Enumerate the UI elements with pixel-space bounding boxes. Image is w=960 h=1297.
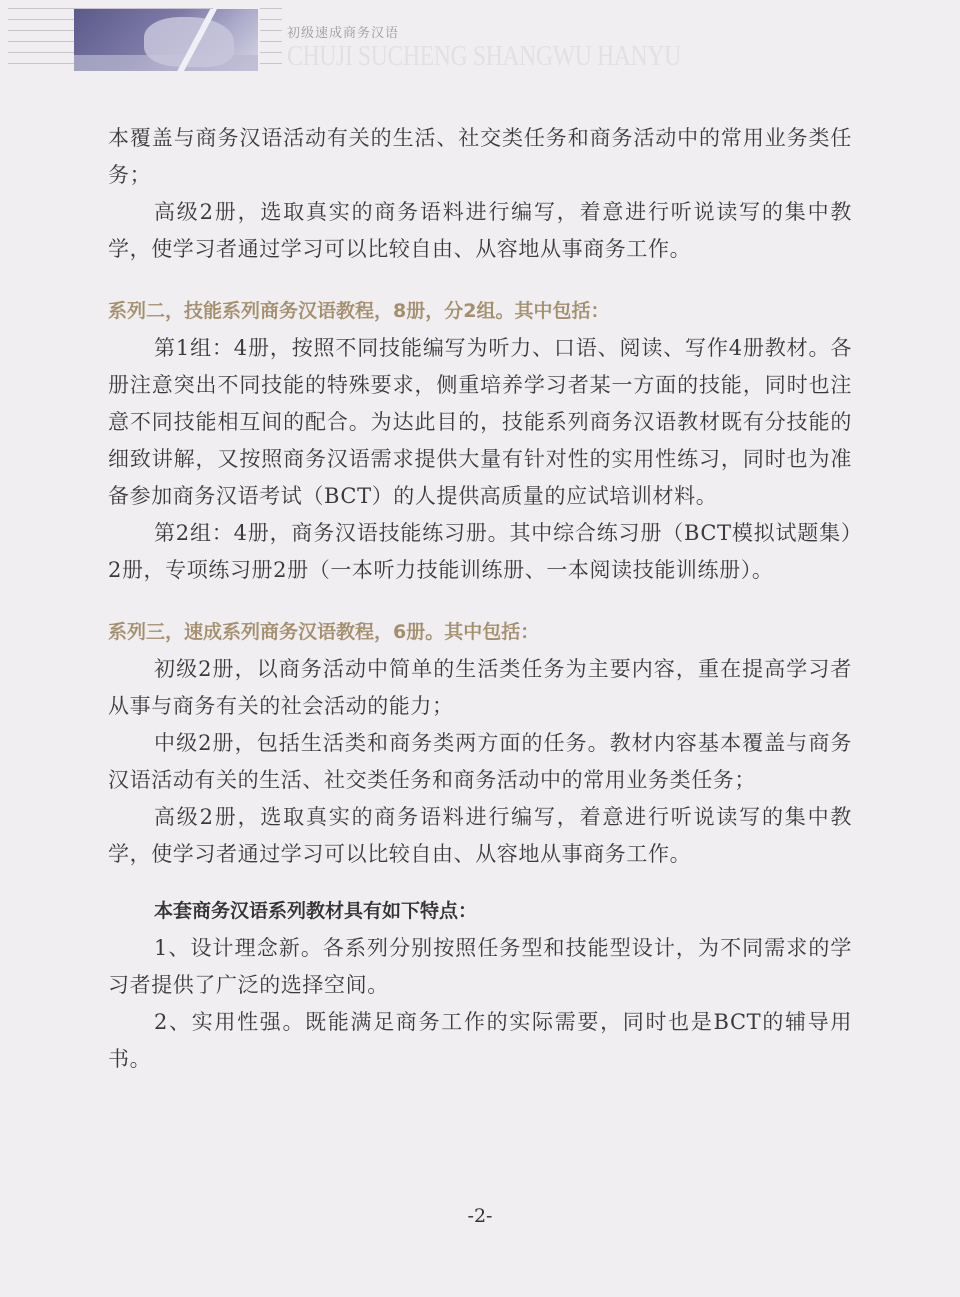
paragraph: 第2组：4册，商务汉语技能练习册。其中综合练习册（BCT模拟试题集）2册，专项练…	[108, 515, 852, 589]
paragraph: 高级2册，选取真实的商务语料进行编写，着意进行听说读写的集中教学，使学习者通过学…	[108, 194, 852, 268]
paragraph: 第1组：4册，按照不同技能编写为听力、口语、阅读、写作4册教材。各册注意突出不同…	[108, 330, 852, 515]
feature-item: 2、实用性强。既能满足商务工作的实际需要，同时也是BCT的辅导用书。	[108, 1004, 852, 1078]
feature-item: 1、设计理念新。各系列分别按照任务型和技能型设计，为不同需求的学习者提供了广泛的…	[108, 930, 852, 1004]
book-title-cn: 初级速成商务汉语	[287, 22, 399, 41]
decorative-rule-lines-right	[260, 8, 282, 72]
paragraph: 高级2册，选取真实的商务语料进行编写，着意进行听说读写的集中教学，使学习者通过学…	[108, 799, 852, 873]
paragraph: 初级2册，以商务活动中简单的生活类任务为主要内容，重在提高学习者从事与商务有关的…	[108, 651, 852, 725]
features-heading: 本套商务汉语系列教材具有如下特点：	[108, 893, 852, 930]
series3-heading: 系列三，速成系列商务汉语教程，6册。其中包括：	[108, 614, 852, 651]
hand-writing-photo	[74, 9, 258, 71]
page-number: -2-	[0, 1205, 960, 1227]
series2-heading: 系列二，技能系列商务汉语教程，8册，分2组。其中包括：	[108, 293, 852, 330]
page-content: 本覆盖与商务汉语活动有关的生活、社交类任务和商务活动中的常用业务类任务； 高级2…	[108, 120, 852, 1078]
paragraph: 本覆盖与商务汉语活动有关的生活、社交类任务和商务活动中的常用业务类任务；	[108, 120, 852, 194]
paragraph: 中级2册，包括生活类和商务类两方面的任务。教材内容基本覆盖与商务汉语活动有关的生…	[108, 725, 852, 799]
book-title-pinyin: CHUJI SUCHENG SHANGWU HANYU	[287, 40, 681, 73]
page-header: 初级速成商务汉语 CHUJI SUCHENG SHANGWU HANYU	[0, 0, 960, 90]
